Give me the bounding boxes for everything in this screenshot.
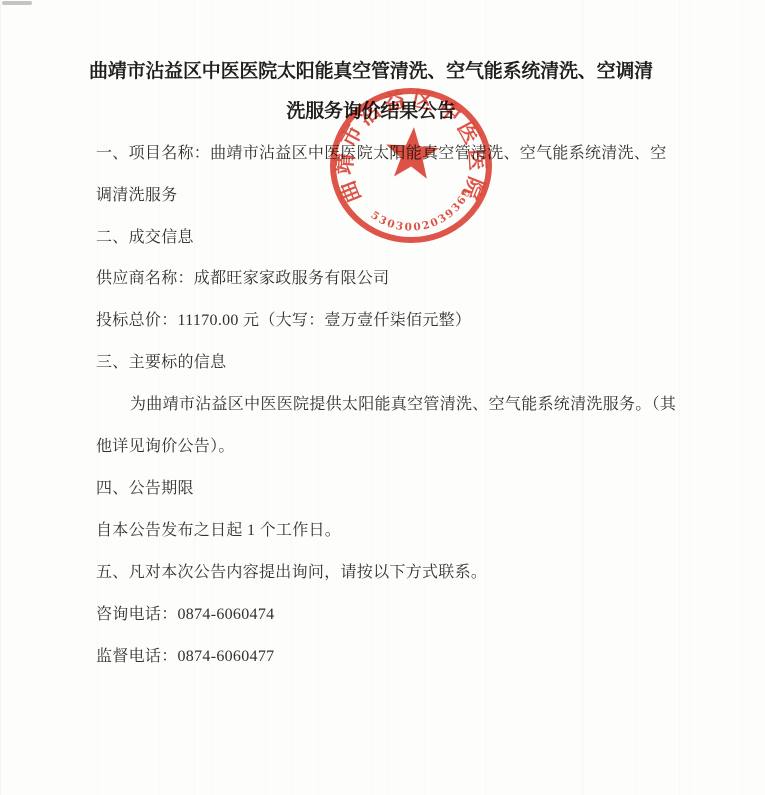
body-line: 自本公告发布之日起 1 个工作日。 <box>96 521 341 541</box>
body-line: 三、主要标的信息 <box>96 353 226 373</box>
document-title-line-1: 曲靖市沾益区中医医院太阳能真空管清洗、空气能系统清洗、空调清 <box>0 61 742 83</box>
scan-artifact <box>2 1 32 5</box>
body-line: 咨询电话：0874-6060474 <box>96 605 274 625</box>
body-line: 监督电话：0874-6060477 <box>96 647 274 667</box>
body-line: 调清洗服务 <box>96 186 178 206</box>
seal-number-holder: 5303002039363 <box>369 185 475 233</box>
document-page: 曲靖市沾益区中医医院太阳能真空管清洗、空气能系统清洗、空调清 洗服务询价结果公告… <box>0 0 765 795</box>
body-line: 四、公告期限 <box>96 479 194 499</box>
body-line: 他详见询价公告）。 <box>96 437 235 457</box>
body-line: 供应商名称：成都旺家家政服务有限公司 <box>96 269 389 289</box>
body-line: 二、成交信息 <box>96 228 194 248</box>
body-line: 投标总价：11170.00 元（大写：壹万壹仟柒佰元整） <box>96 311 471 331</box>
body-line: 一、项目名称：曲靖市沾益区中医医院太阳能真空管清洗、空气能系统清洗、空 <box>96 144 667 164</box>
seal-number: 5303002039363 <box>369 185 475 233</box>
document-title-line-2: 洗服务询价结果公告 <box>0 101 742 123</box>
body-line: 五、凡对本次公告内容提出询问，请按以下方式联系。 <box>96 563 487 583</box>
body-line: 为曲靖市沾益区中医医院提供太阳能真空管清洗、空气能系统清洗服务。（其 <box>130 395 676 415</box>
